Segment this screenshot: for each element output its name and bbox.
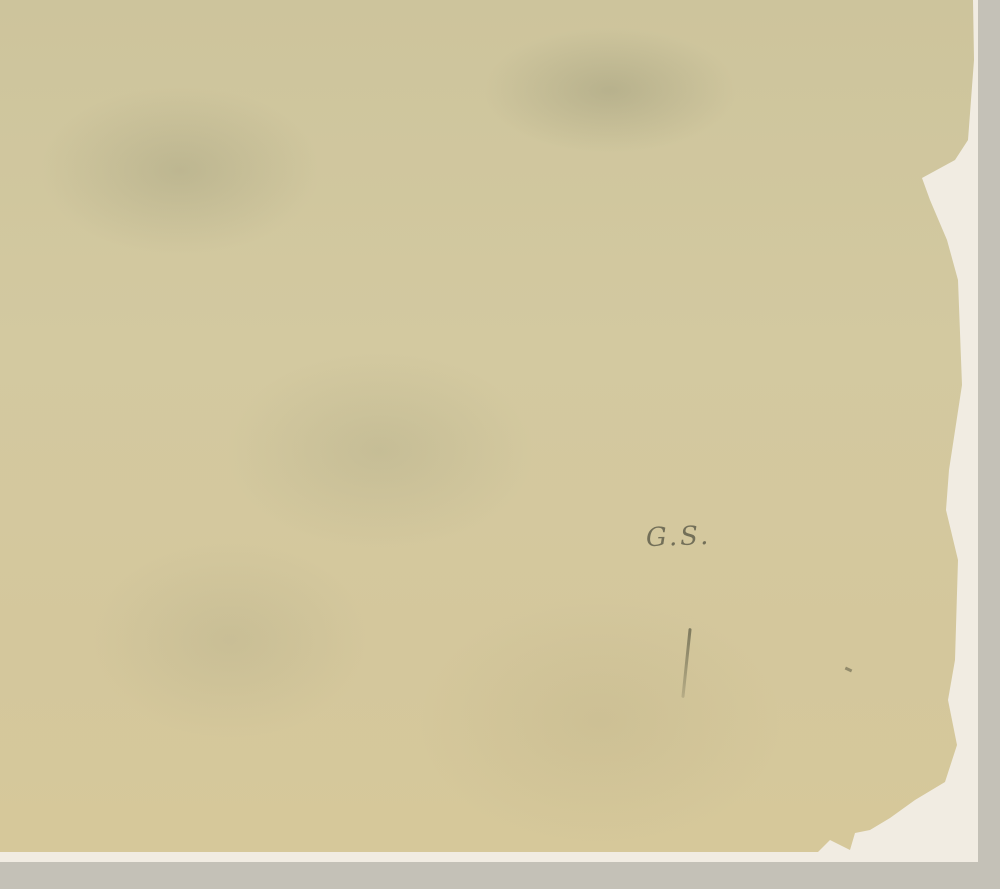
- pencil-initials: G.S.: [645, 521, 711, 553]
- aged-paper-sheet: [0, 0, 980, 860]
- artwork: G.S.: [0, 0, 1000, 889]
